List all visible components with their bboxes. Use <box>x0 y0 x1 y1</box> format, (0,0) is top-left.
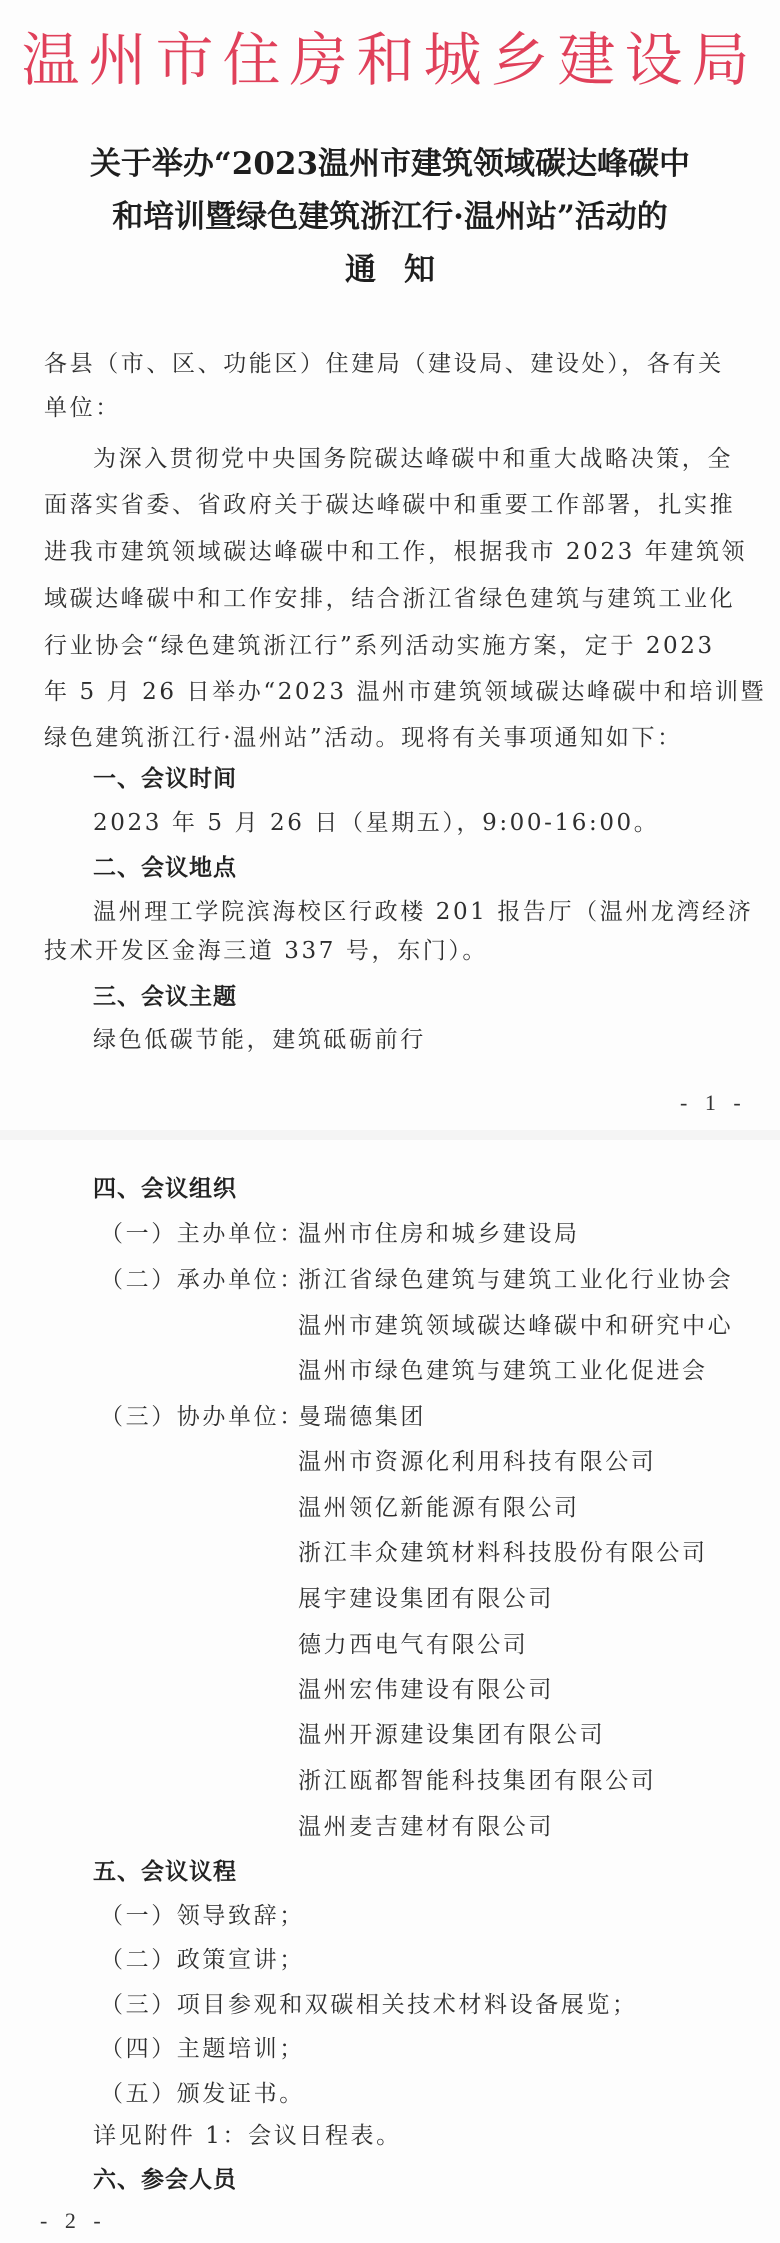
meeting-location-line-2: 技术开发区金海三道 337 号，东门）。 <box>44 936 744 966</box>
addressee-line-2: 单位： <box>44 393 744 423</box>
document-title-line-2: 和培训暨绿色建筑浙江行·温州站”活动的 <box>40 191 740 244</box>
co-organizer-value: 浙江瓯都智能科技集团有限公司 <box>298 1766 656 1796</box>
document-title-line-1: 关于举办“2023温州市建筑领域碳达峰碳中 <box>40 138 740 191</box>
co-organizer-value: 浙江丰众建筑材料科技股份有限公司 <box>298 1538 708 1568</box>
section-heading-agenda: 五、会议议程 <box>93 1857 237 1887</box>
co-organizer-value: 温州宏伟建设有限公司 <box>298 1675 554 1705</box>
co-organizer-value: 展宇建设集团有限公司 <box>298 1584 554 1614</box>
intro-line-6: 年 5 月 26 日举办“2023 温州市建筑领域碳达峰碳中和培训暨 <box>44 677 744 707</box>
intro-line-3: 进我市建筑领域碳达峰碳中和工作，根据我市 2023 年建筑领 <box>44 537 744 567</box>
meeting-time-text: 2023 年 5 月 26 日（星期五），9:00-16:00。 <box>93 808 780 838</box>
page-number-1: - 1 - <box>680 1090 747 1116</box>
co-organizer-value: 温州市资源化利用科技有限公司 <box>298 1447 656 1477</box>
document-page-2: 四、会议组织 （一）主办单位： 温州市住房和城乡建设局 （二）承办单位： 浙江省… <box>0 1140 780 2243</box>
document-page-1: 温州市住房和城乡建设局 关于举办“2023温州市建筑领域碳达峰碳中 和培训暨绿色… <box>0 0 780 1140</box>
organizer-value: 浙江省绿色建筑与建筑工业化行业协会 <box>298 1265 733 1295</box>
host-value: 温州市住房和城乡建设局 <box>298 1219 580 1249</box>
agenda-item: （三）项目参观和双碳相关技术材料设备展览； <box>100 1990 638 2020</box>
agenda-item: （二）政策宣讲； <box>100 1945 305 1975</box>
co-organizer-label: （三）协办单位： <box>100 1402 305 1432</box>
page-number-2: - 2 - <box>40 2208 107 2234</box>
intro-line-5: 行业协会“绿色建筑浙江行”系列活动实施方案，定于 2023 <box>44 631 744 661</box>
document-title-line-3: 通知 <box>40 244 740 297</box>
intro-line-1: 为深入贯彻党中央国务院碳达峰碳中和重大战略决策，全 <box>93 444 780 474</box>
letterhead-issuer: 温州市住房和城乡建设局 <box>0 22 780 98</box>
organizer-label: （二）承办单位： <box>100 1265 305 1295</box>
agenda-item: （四）主题培训； <box>100 2034 305 2064</box>
section-heading-location: 二、会议地点 <box>93 853 237 883</box>
section-heading-organization: 四、会议组织 <box>93 1174 237 1204</box>
section-heading-time: 一、会议时间 <box>93 764 237 794</box>
meeting-theme-text: 绿色低碳节能，建筑砥砺前行 <box>93 1025 780 1055</box>
intro-line-4: 域碳达峰碳中和工作安排，结合浙江省绿色建筑与建筑工业化 <box>44 584 744 614</box>
intro-line-2: 面落实省委、省政府关于碳达峰碳中和重要工作部署，扎实推 <box>44 490 744 520</box>
co-organizer-value: 德力西电气有限公司 <box>298 1630 528 1660</box>
host-label: （一）主办单位： <box>100 1219 305 1249</box>
intro-line-7: 绿色建筑浙江行·温州站”活动。现将有关事项通知如下： <box>44 723 744 753</box>
organizer-value: 温州市绿色建筑与建筑工业化促进会 <box>298 1356 708 1386</box>
co-organizer-value: 温州麦吉建材有限公司 <box>298 1812 554 1842</box>
document-title: 关于举办“2023温州市建筑领域碳达峰碳中 和培训暨绿色建筑浙江行·温州站”活动… <box>40 138 740 297</box>
agenda-item: （五）颁发证书。 <box>100 2079 305 2109</box>
addressee-line-1: 各县（市、区、功能区）住建局（建设局、建设处），各有关 <box>44 349 744 379</box>
section-heading-attendees: 六、参会人员 <box>93 2165 237 2195</box>
organizer-value: 温州市建筑领域碳达峰碳中和研究中心 <box>298 1311 733 1341</box>
agenda-item: （一）领导致辞； <box>100 1901 305 1931</box>
co-organizer-value: 温州开源建设集团有限公司 <box>298 1720 605 1750</box>
meeting-location-line-1: 温州理工学院滨海校区行政楼 201 报告厅（温州龙湾经济 <box>93 897 780 927</box>
agenda-attachment-note: 详见附件 1：会议日程表。 <box>93 2121 780 2151</box>
section-heading-theme: 三、会议主题 <box>93 982 237 1012</box>
co-organizer-value: 曼瑞德集团 <box>298 1402 426 1432</box>
co-organizer-value: 温州领亿新能源有限公司 <box>298 1493 580 1523</box>
